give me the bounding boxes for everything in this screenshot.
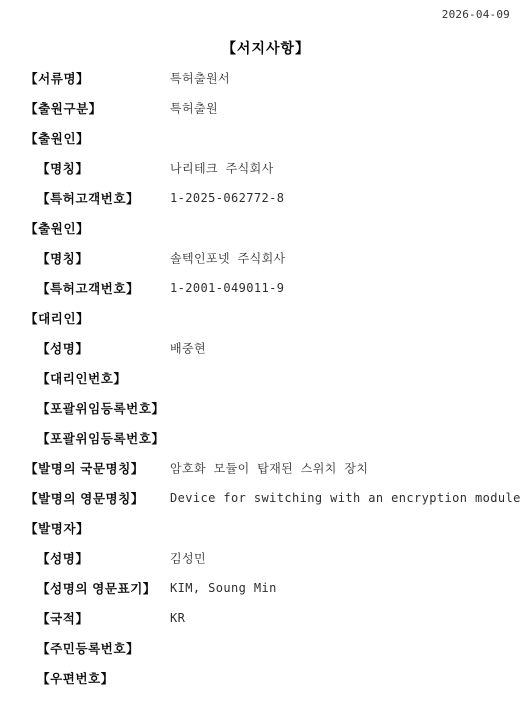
field-row: 【성명】 배중현 bbox=[0, 333, 532, 363]
field-row: 【대리인】 bbox=[0, 303, 532, 333]
field-row: 【포괄위임등록번호】 bbox=[0, 423, 532, 453]
field-row: 【성명】 김성민 bbox=[0, 543, 532, 573]
field-label: 【명칭】 bbox=[0, 159, 89, 177]
field-label: 【성명】 bbox=[0, 549, 89, 567]
field-label: 【명칭】 bbox=[0, 249, 89, 267]
field-value: 암호화 모듈이 탑재된 스위치 장치 bbox=[170, 460, 368, 477]
field-row: 【특허고객번호】 1-2001-049011-9 bbox=[0, 273, 532, 303]
field-value: 특허출원 bbox=[170, 100, 218, 117]
field-label: 【대리인번호】 bbox=[0, 369, 127, 387]
field-value: 1-2025-062772-8 bbox=[170, 191, 284, 205]
field-row: 【대리인번호】 bbox=[0, 363, 532, 393]
field-row: 【서류명】 특허출원서 bbox=[0, 63, 532, 93]
field-label: 【발명의 영문명칭】 bbox=[0, 489, 144, 507]
field-value: 1-2001-049011-9 bbox=[170, 281, 284, 295]
field-value: Device for switching with an encryption … bbox=[170, 491, 521, 505]
field-label: 【출원구분】 bbox=[0, 99, 102, 117]
field-label: 【출원인】 bbox=[0, 219, 89, 237]
field-row: 【국적】 KR bbox=[0, 603, 532, 633]
document-date: 2026-04-09 bbox=[442, 8, 510, 21]
field-label: 【서류명】 bbox=[0, 69, 89, 87]
field-row: 【출원인】 bbox=[0, 213, 532, 243]
field-label: 【출원인】 bbox=[0, 129, 89, 147]
field-value: 배중현 bbox=[170, 340, 206, 357]
patent-bibliographic-page: 2026-04-09 【서지사항】 【서류명】 특허출원서 【출원구분】 특허출… bbox=[0, 0, 532, 716]
field-row: 【발명자】 bbox=[0, 513, 532, 543]
field-row: 【성명의 영문표기】 KIM, Soung Min bbox=[0, 573, 532, 603]
page-title: 【서지사항】 bbox=[0, 38, 532, 58]
field-row: 【발명의 영문명칭】 Device for switching with an … bbox=[0, 483, 532, 513]
field-value: KR bbox=[170, 611, 185, 625]
field-label: 【특허고객번호】 bbox=[0, 279, 139, 297]
field-label: 【주민등록번호】 bbox=[0, 639, 139, 657]
field-label: 【발명자】 bbox=[0, 519, 89, 537]
field-row: 【명칭】 나리테크 주식회사 bbox=[0, 153, 532, 183]
field-label: 【포괄위임등록번호】 bbox=[0, 429, 165, 447]
field-value: 김성민 bbox=[170, 550, 206, 567]
field-value: 나리테크 주식회사 bbox=[170, 160, 274, 177]
field-row: 【출원구분】 특허출원 bbox=[0, 93, 532, 123]
field-row: 【포괄위임등록번호】 bbox=[0, 393, 532, 423]
field-label: 【우편번호】 bbox=[0, 669, 114, 687]
field-row: 【발명의 국문명칭】 암호화 모듈이 탑재된 스위치 장치 bbox=[0, 453, 532, 483]
field-row: 【출원인】 bbox=[0, 123, 532, 153]
field-label: 【포괄위임등록번호】 bbox=[0, 399, 165, 417]
field-label: 【국적】 bbox=[0, 609, 89, 627]
field-label: 【발명의 국문명칭】 bbox=[0, 459, 144, 477]
field-label: 【특허고객번호】 bbox=[0, 189, 139, 207]
field-value: KIM, Soung Min bbox=[170, 581, 277, 595]
field-row: 【명칭】 솔텍인포넷 주식회사 bbox=[0, 243, 532, 273]
field-label: 【성명의 영문표기】 bbox=[0, 579, 156, 597]
field-row: 【특허고객번호】 1-2025-062772-8 bbox=[0, 183, 532, 213]
field-row: 【주민등록번호】 bbox=[0, 633, 532, 663]
field-row: 【우편번호】 bbox=[0, 663, 532, 693]
field-label: 【성명】 bbox=[0, 339, 89, 357]
field-value: 특허출원서 bbox=[170, 70, 230, 87]
field-label: 【대리인】 bbox=[0, 309, 89, 327]
field-value: 솔텍인포넷 주식회사 bbox=[170, 250, 286, 267]
field-list: 【서류명】 특허출원서 【출원구분】 특허출원 【출원인】 【명칭】 나리테크 … bbox=[0, 63, 532, 693]
